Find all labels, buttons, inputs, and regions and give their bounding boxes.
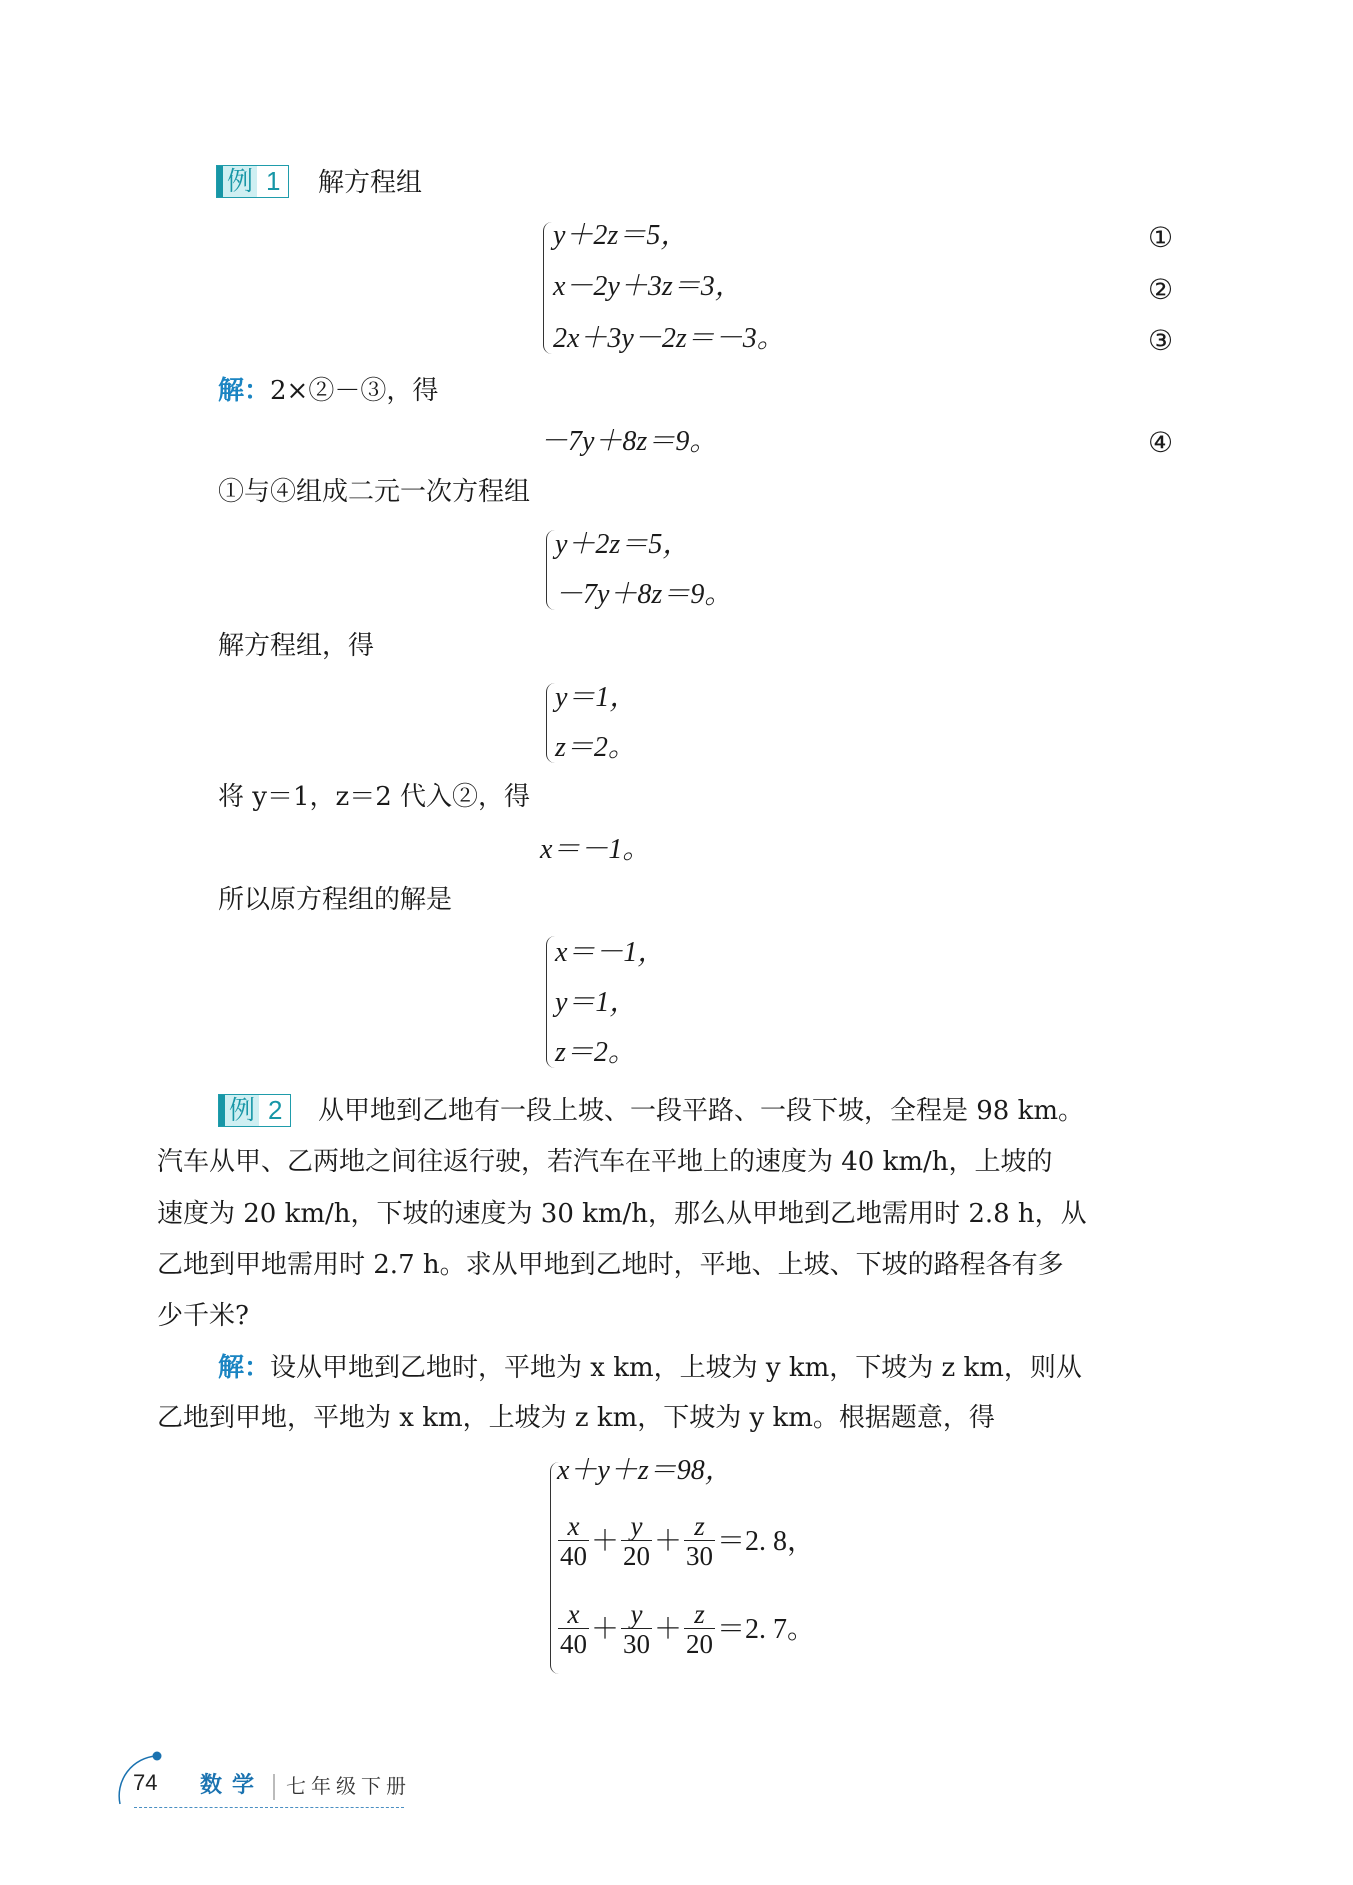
solution-line-1: 解：2×②－③，得 [218, 373, 438, 408]
equation-tag-1: ① [1148, 221, 1173, 255]
problem-line-1: 从甲地到乙地有一段上坡、一段平路、一段下坡，全程是 98 km。 [318, 1094, 1084, 1128]
footer-dashed-line [134, 1807, 404, 1808]
denominator: 30 [684, 1540, 715, 1571]
fraction: x40 [558, 1600, 589, 1659]
solution-label: 解： [218, 1352, 270, 1382]
equation-1: y＋2z＝5， [553, 219, 688, 253]
problem-line-2: 汽车从甲、乙两地之间往返行驶，若汽车在平地上的速度为 40 km/h，上坡的 [157, 1145, 1053, 1179]
numerator: x [568, 1600, 580, 1628]
numerator: x [568, 1512, 580, 1540]
denominator: 40 [558, 1628, 589, 1659]
solution-line-1: 解：设从甲地到乙地时，平地为 x km，上坡为 y km，下坡为 z km，则从 [218, 1350, 1082, 1385]
problem-line-4: 乙地到甲地需用时 2.7 h。求从甲地到乙地时，平地、上坡、下坡的路程各有多 [157, 1248, 1064, 1282]
problem-line-5: 少千米? [157, 1299, 249, 1333]
x-result: x＝－1。 [540, 833, 650, 867]
example-1-prompt: 解方程组 [318, 166, 422, 200]
system-row-1: x＋y＋z＝98， [557, 1454, 733, 1488]
plus-sign: ＋ [654, 1525, 682, 1559]
system-row-2: x40 ＋ y20 ＋ z30 ＝2. 8， [556, 1512, 815, 1571]
fraction: z30 [684, 1512, 715, 1571]
equation-rhs: ＝2. 7。 [717, 1613, 815, 1647]
solution-line-2: 乙地到甲地，平地为 x km，上坡为 z km，下坡为 y km。根据题意，得 [157, 1401, 995, 1435]
brace [546, 683, 555, 763]
equation-2: x－2y＋3z＝3， [553, 270, 743, 304]
final-row-3: z＝2。 [555, 1036, 636, 1070]
system-row-3: x40 ＋ y30 ＋ z20 ＝2. 7。 [556, 1600, 815, 1659]
grade-title: 七年级下册 [286, 1770, 411, 1799]
solution-label: 解： [218, 375, 270, 405]
brace [546, 530, 555, 610]
equation-tag-3: ③ [1148, 324, 1173, 358]
equation-4: －7y＋8z＝9。 [540, 425, 717, 459]
system2-row-1: y＋2z＝5， [555, 528, 690, 562]
denominator: 40 [558, 1540, 589, 1571]
example-label-number: 1 [257, 166, 288, 197]
equation-rhs: ＝2. 8， [717, 1525, 815, 1559]
fraction: z20 [684, 1600, 715, 1659]
equation-tag-2: ② [1148, 273, 1173, 307]
numerator: z [694, 1512, 705, 1540]
plus-sign: ＋ [591, 1613, 619, 1647]
brace [543, 222, 552, 354]
example-label-char: 例 [223, 166, 257, 197]
solution-text-1: 设从甲地到乙地时，平地为 x km，上坡为 y km，下坡为 z km，则从 [270, 1353, 1082, 1383]
denominator: 30 [621, 1628, 652, 1659]
solution-step-2: ①与④组成二元一次方程组 [218, 475, 530, 509]
page-number: 74 [133, 1770, 157, 1796]
numerator: y [631, 1600, 643, 1628]
plus-sign: ＋ [654, 1613, 682, 1647]
example-1-label: 例 1 [216, 165, 289, 198]
solution-step-3: 解方程组，得 [218, 629, 374, 663]
example-2-label: 例 2 [218, 1094, 291, 1127]
fraction: x40 [558, 1512, 589, 1571]
subject-title: 数学 [200, 1768, 264, 1799]
brace [546, 936, 555, 1068]
solution-step-4: 将 y＝1，z＝2 代入②，得 [218, 780, 530, 814]
fraction: y30 [621, 1600, 652, 1659]
solution-step-5: 所以原方程组的解是 [218, 883, 452, 917]
equation-3: 2x＋3y－2z＝－3。 [553, 322, 785, 356]
numerator: z [694, 1600, 705, 1628]
fraction: y20 [621, 1512, 652, 1571]
solution-step-1: 2×②－③，得 [270, 376, 438, 406]
denominator: 20 [684, 1628, 715, 1659]
denominator: 20 [621, 1540, 652, 1571]
equation-tag-4: ④ [1148, 426, 1173, 460]
plus-sign: ＋ [591, 1525, 619, 1559]
problem-line-3: 速度为 20 km/h，下坡的速度为 30 km/h，那么从甲地到乙地需用时 2… [157, 1197, 1087, 1231]
footer-divider [273, 1774, 275, 1800]
system3-row-2: z＝2。 [555, 731, 636, 765]
example-label-number: 2 [259, 1095, 290, 1126]
final-row-1: x＝－1， [555, 936, 665, 970]
numerator: y [631, 1512, 643, 1540]
final-row-2: y＝1， [555, 986, 637, 1020]
system3-row-1: y＝1， [555, 681, 637, 715]
system2-row-2: －7y＋8z＝9。 [555, 578, 732, 612]
example-label-char: 例 [225, 1095, 259, 1126]
